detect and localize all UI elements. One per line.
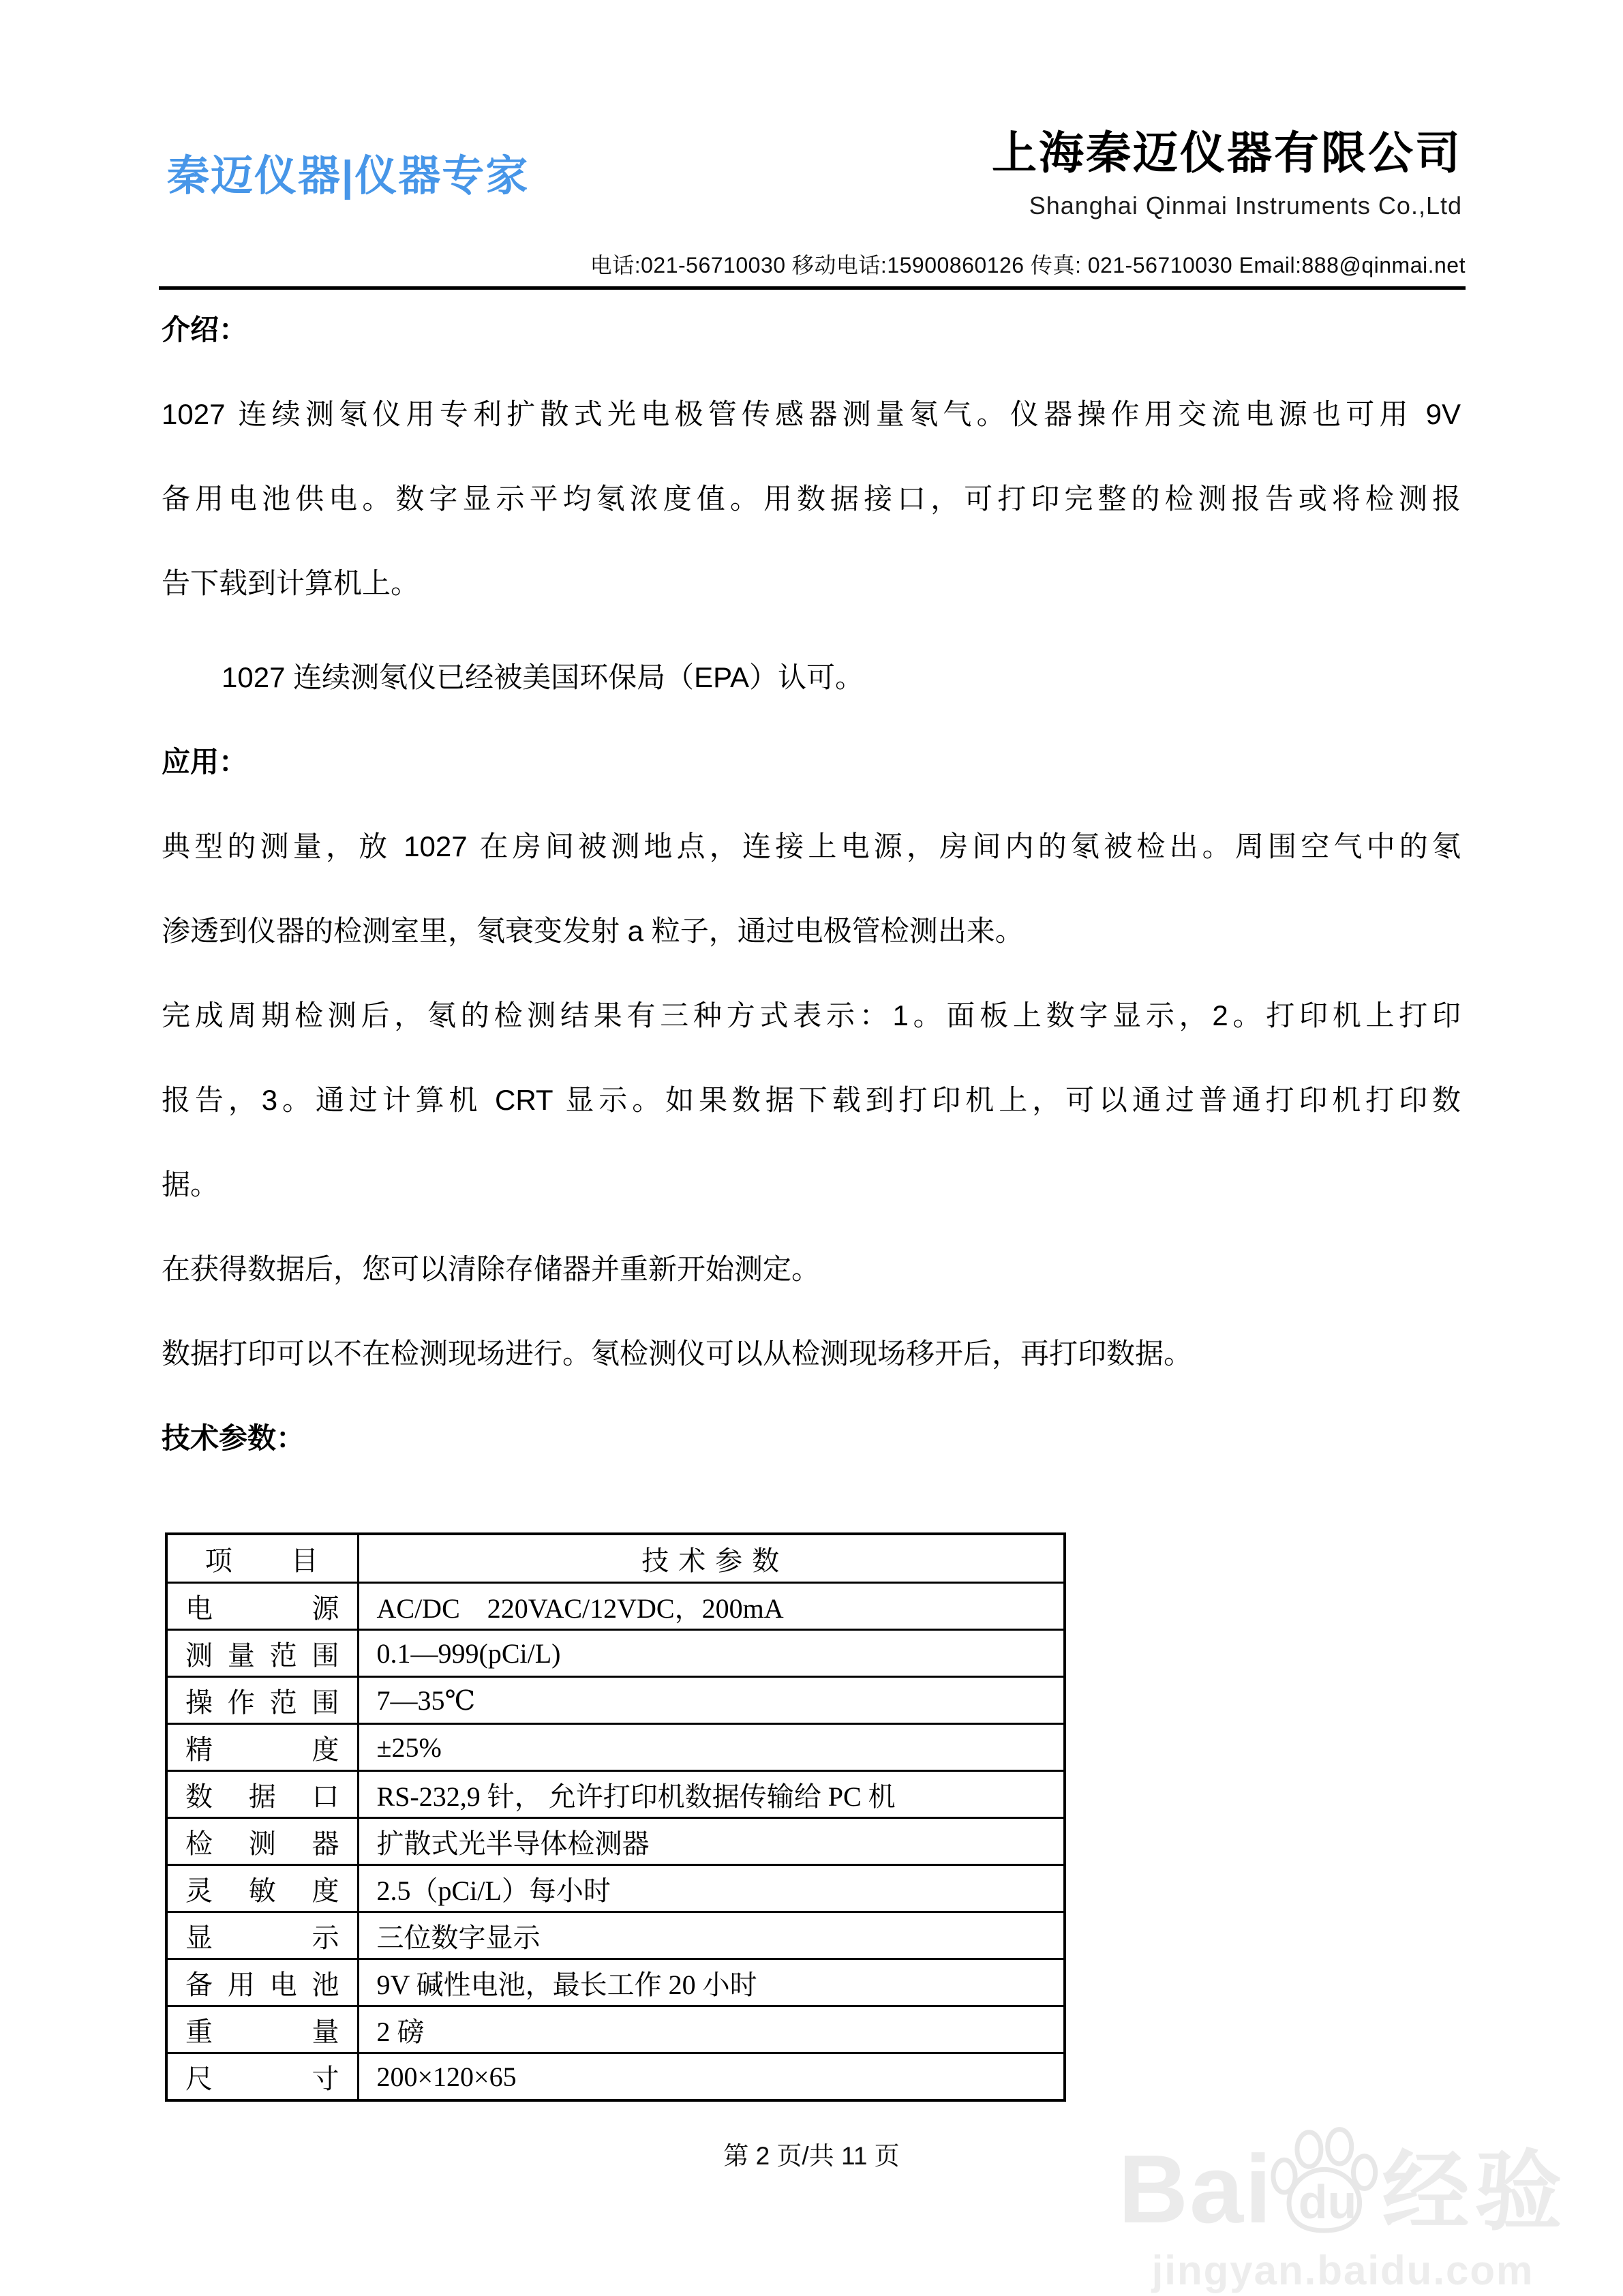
spec-label: 操作范围 [166, 1677, 358, 1724]
jingyan-url: jingyan.baidu.com [1118, 2247, 1568, 2294]
contact-line: 电话:021-56710030 移动电话:15900860126 传真: 021… [590, 248, 1466, 280]
table-row: 精度 ±25% [166, 1724, 1065, 1771]
spec-value: AC/DC 220VAC/12VDC，200mA [358, 1583, 1065, 1630]
spec-header-row: 项 目 技 术 参 数 [166, 1534, 1065, 1583]
baidu-jingyan-watermark: Bai du 经验 jingyan.baidu.com [1118, 2100, 1568, 2294]
spec-value: 200×120×65 [358, 2053, 1065, 2101]
spec-label: 精度 [166, 1724, 358, 1771]
spec-col-item: 项 目 [166, 1534, 358, 1583]
spec-col-param: 技 术 参 数 [358, 1534, 1065, 1583]
intro-line-1: 1027 连续测氡仪用专利扩散式光电极管传感器测量氡气。仪器操作用交流电源也可用… [162, 372, 1461, 457]
epa-line: 1027 连续测氡仪已经被美国环保局（EPA）认可。 [162, 635, 1461, 720]
table-row: 操作范围 7—35℃ [166, 1677, 1065, 1724]
intro-heading: 介绍： [162, 288, 1461, 372]
page-number: 第 2 页/共 11 页 [0, 2135, 1623, 2172]
result-line-2: 报告，3。通过计算机 CRT 显示。如果数据下载到打印机上，可以通过普通打印机打… [162, 1058, 1461, 1143]
spec-value: 7—35℃ [358, 1677, 1065, 1724]
application-heading: 应用： [162, 720, 1461, 804]
spec-label: 检测器 [166, 1818, 358, 1865]
print-offsite-line: 数据打印可以不在检测现场进行。氡检测仪可以从检测现场移开后，再打印数据。 [162, 1312, 1461, 1396]
table-row: 灵敏度 2.5（pCi/L）每小时 [166, 1865, 1065, 1912]
spec-label: 尺寸 [166, 2053, 358, 2101]
company-header: 上海秦迈仪器有限公司 Shanghai Qinmai Instruments C… [992, 130, 1462, 220]
table-row: 显示 三位数字显示 [166, 1912, 1065, 1959]
spec-label: 备用电池 [166, 1959, 358, 2006]
company-name-cn: 上海秦迈仪器有限公司 [992, 130, 1462, 177]
spec-label: 测量范围 [166, 1630, 358, 1677]
spec-value: 9V 碱性电池，最长工作 20 小时 [358, 1959, 1065, 2006]
result-line-1: 完成周期检测后，氡的检测结果有三种方式表示：1。面板上数字显示，2。打印机上打印 [162, 973, 1461, 1058]
spec-heading: 技术参数： [162, 1396, 1461, 1481]
spec-value: 0.1—999(pCi/L) [358, 1630, 1065, 1677]
table-row: 数据口 RS-232,9 针， 允许打印机数据传输给 PC 机 [166, 1771, 1065, 1818]
spec-value: ±25% [358, 1724, 1065, 1771]
document-page: 秦迈仪器|仪器专家 上海秦迈仪器有限公司 Shanghai Qinmai Ins… [0, 0, 1623, 2296]
table-row: 检测器 扩散式光半导体检测器 [166, 1818, 1065, 1865]
spec-table: 项 目 技 术 参 数 电源 AC/DC 220VAC/12VDC，200mA … [165, 1532, 1066, 2102]
spec-label: 灵敏度 [166, 1865, 358, 1912]
spec-value: 2 磅 [358, 2006, 1065, 2053]
spec-label: 显示 [166, 1912, 358, 1959]
spec-value: 三位数字显示 [358, 1912, 1065, 1959]
table-row: 备用电池 9V 碱性电池，最长工作 20 小时 [166, 1959, 1065, 2006]
spec-value: RS-232,9 针， 允许打印机数据传输给 PC 机 [358, 1771, 1065, 1818]
application-line-2: 渗透到仪器的检测室里，氡衰变发射 a 粒子，通过电极管检测出来。 [162, 889, 1461, 973]
table-row: 测量范围 0.1—999(pCi/L) [166, 1630, 1065, 1677]
table-row: 重量 2 磅 [166, 2006, 1065, 2053]
table-row: 电源 AC/DC 220VAC/12VDC，200mA [166, 1583, 1065, 1630]
intro-line-2: 备用电池供电。数字显示平均氡浓度值。用数据接口，可打印完整的检测报告或将检测报 [162, 457, 1461, 541]
spec-label: 电源 [166, 1583, 358, 1630]
clear-memory-line: 在获得数据后，您可以清除存储器并重新开始测定。 [162, 1227, 1461, 1312]
document-body: 介绍： 1027 连续测氡仪用专利扩散式光电极管传感器测量氡气。仪器操作用交流电… [162, 288, 1461, 1481]
application-line-1: 典型的测量，放 1027 在房间被测地点，连接上电源，房间内的氡被检出。周围空气… [162, 804, 1461, 889]
spec-value: 2.5（pCi/L）每小时 [358, 1865, 1065, 1912]
intro-line-3: 告下载到计算机上。 [162, 541, 1461, 626]
baidu-logo-text-du: du [1299, 2175, 1357, 2229]
result-line-3: 据。 [162, 1143, 1461, 1227]
brand-logo: 秦迈仪器|仪器专家 [167, 142, 529, 202]
company-name-en: Shanghai Qinmai Instruments Co.,Ltd [992, 192, 1462, 220]
spec-label: 重量 [166, 2006, 358, 2053]
spec-label: 数据口 [166, 1771, 358, 1818]
table-row: 尺寸 200×120×65 [166, 2053, 1065, 2101]
spec-value: 扩散式光半导体检测器 [358, 1818, 1065, 1865]
